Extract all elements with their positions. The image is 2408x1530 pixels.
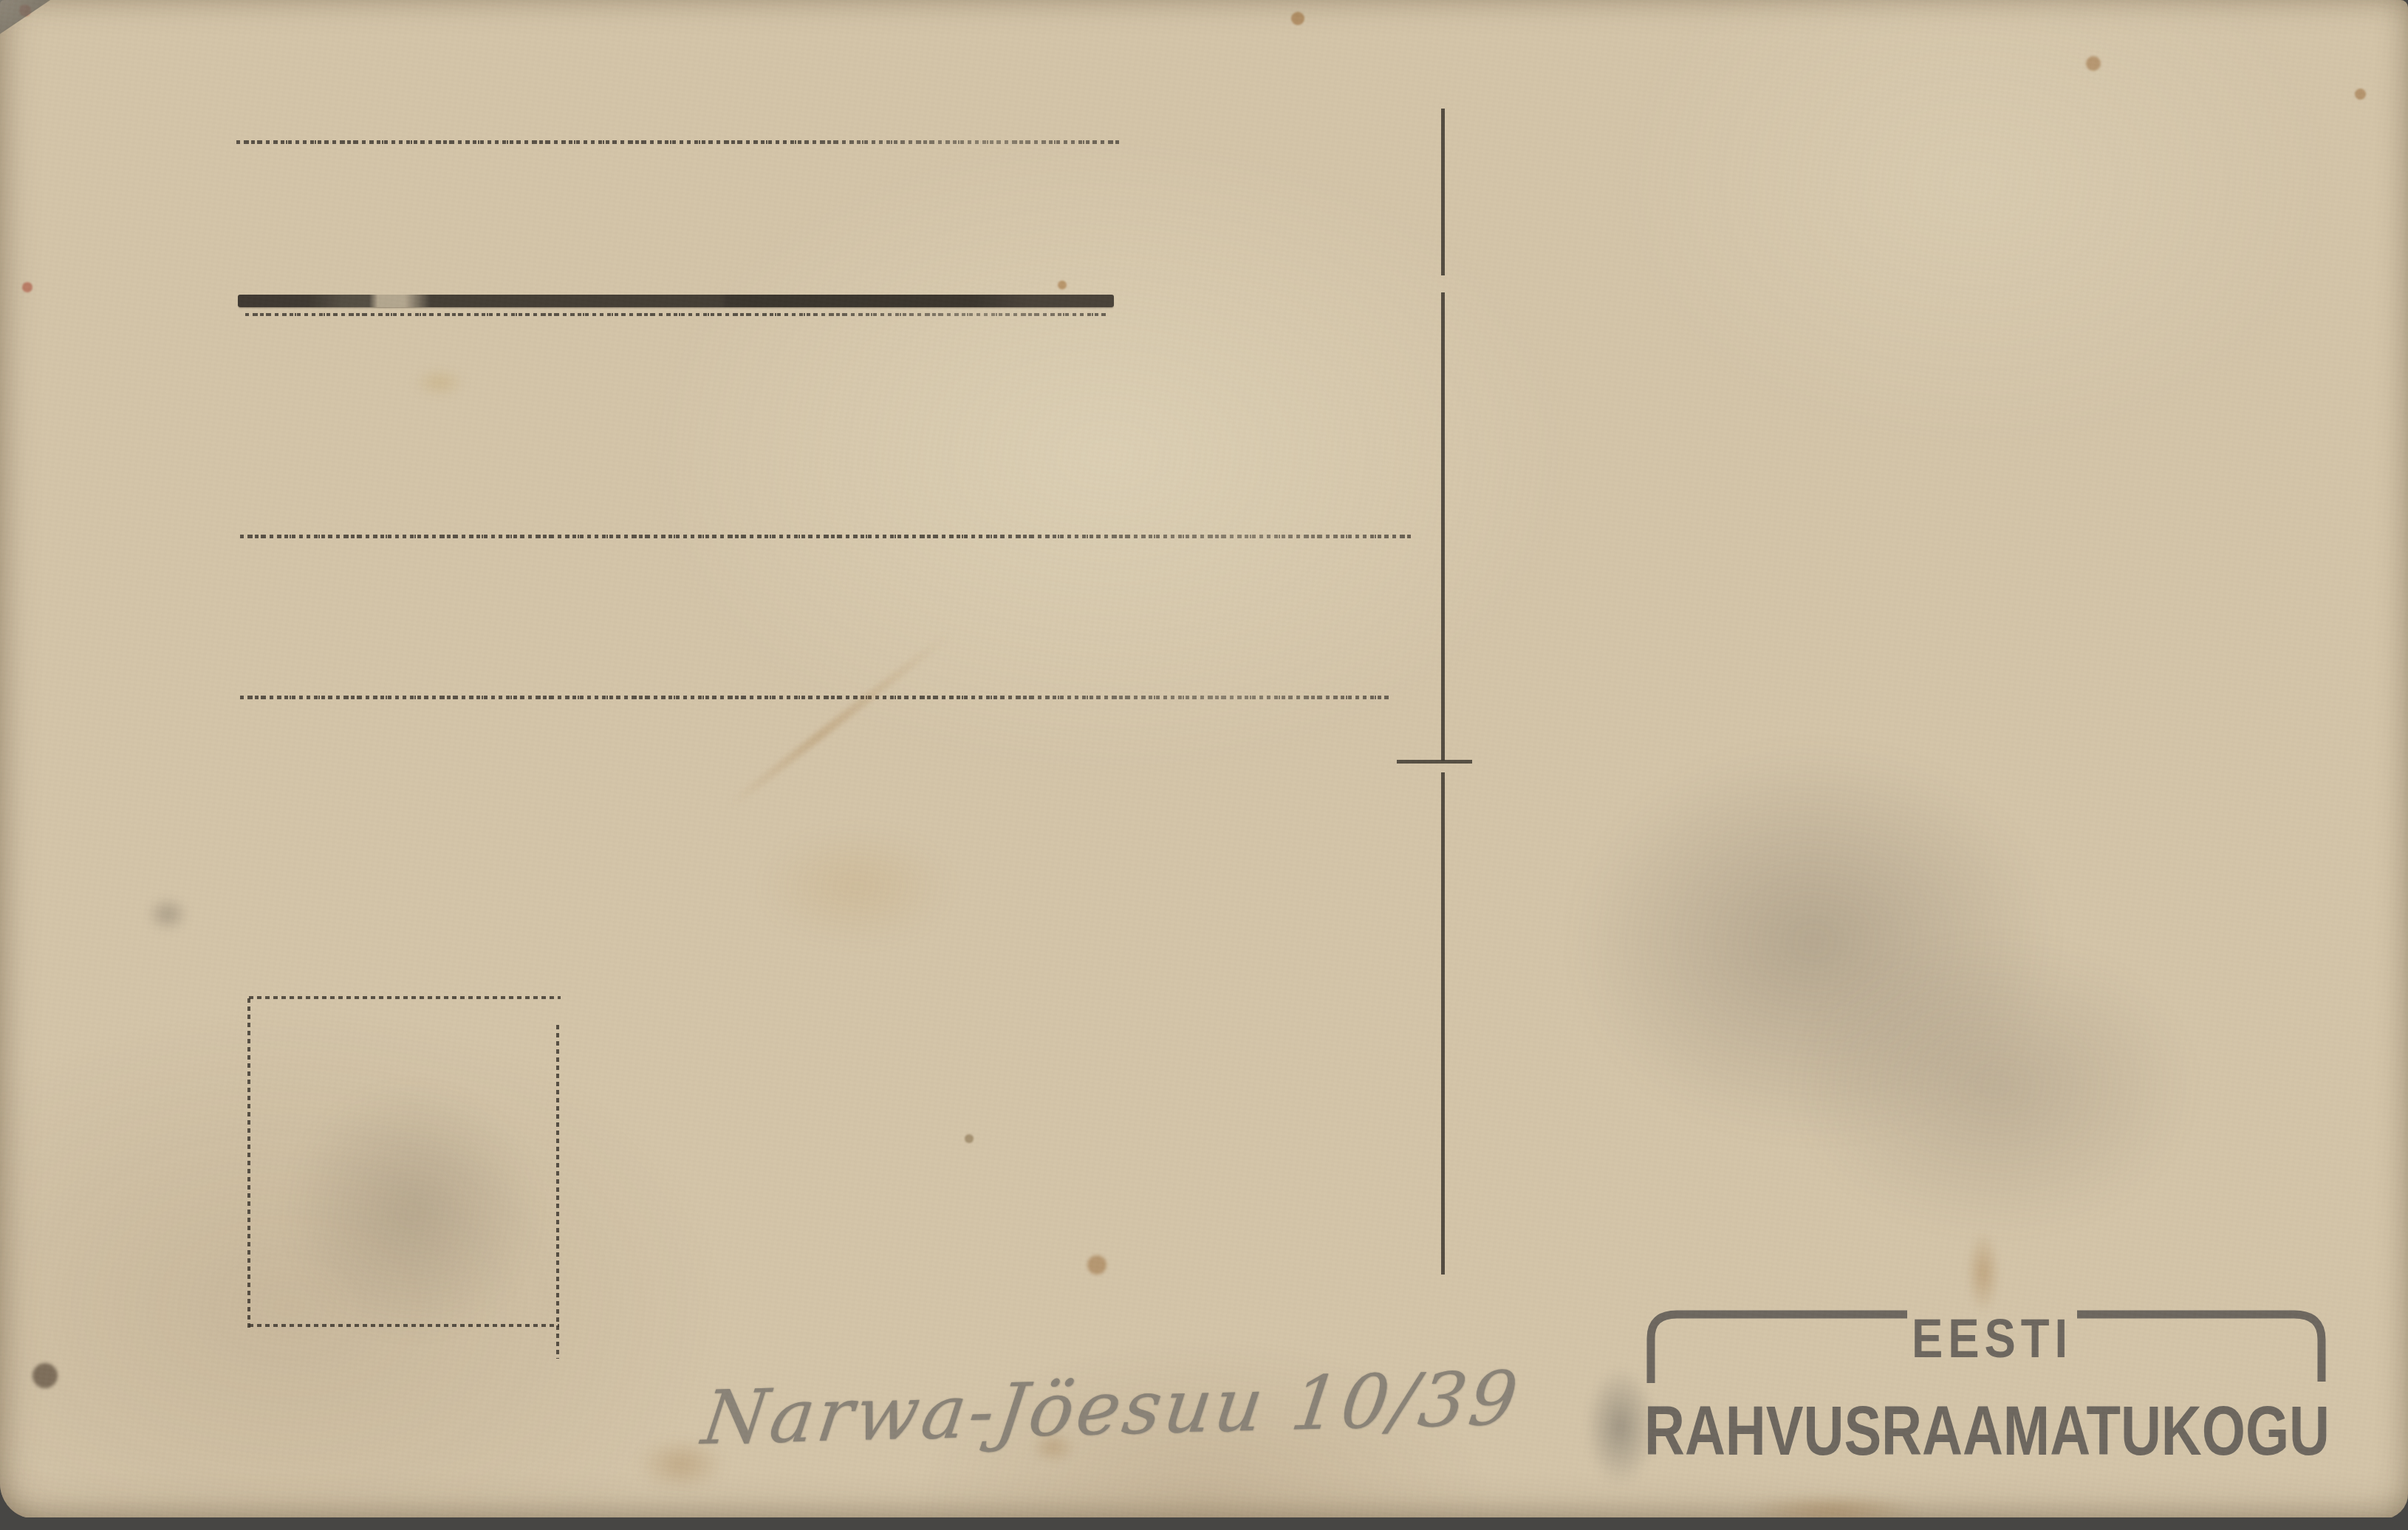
stain-speck — [2086, 56, 2101, 71]
stain-speck — [2355, 89, 2366, 100]
library-stamp-word-bottom: RAHVUSRAAMATUKOGU — [1644, 1392, 2330, 1468]
scanned-postcard-back: EESTI RAHVUSRAAMATUKOGU Narwa-Jöesuu 10/… — [0, 0, 2408, 1530]
library-stamp-word-top: EESTI — [1912, 1308, 2073, 1369]
stain-large-smudge — [1573, 746, 2053, 1137]
address-dotted-line-2 — [240, 535, 1411, 538]
stain-dark-spot — [33, 1363, 58, 1388]
stain-faint-patch — [414, 368, 465, 397]
stain-smudge-secondary — [1795, 938, 2194, 1233]
scanner-background-strip — [0, 1517, 2408, 1530]
handwritten-caption: Narwa-Jöesuu 10/39 — [697, 1353, 1610, 1461]
stain-speck — [1058, 281, 1067, 289]
address-heavy-rule — [238, 295, 1114, 307]
stain-speck — [965, 1134, 974, 1143]
stain-crease-streak — [728, 629, 954, 809]
handwritten-caption-text: Narwa-Jöesuu 10/39 — [697, 1355, 1525, 1461]
address-heavy-rule-underline — [245, 313, 1109, 316]
center-divider-segment-middle — [1441, 292, 1445, 761]
stain-left-edge-smudge — [146, 896, 189, 932]
stamp-box-left-edge — [247, 998, 250, 1328]
stain-speck — [1087, 1255, 1106, 1275]
postcard-paper: EESTI RAHVUSRAAMATUKOGU Narwa-Jöesuu 10/… — [0, 0, 2408, 1519]
stamp-bracket-right — [2077, 1314, 2322, 1382]
center-divider-segment-top — [1441, 109, 1445, 275]
address-dotted-line-3 — [240, 696, 1391, 699]
stamp-box-top-edge — [249, 996, 561, 999]
stain-speck — [1291, 12, 1304, 25]
address-dotted-line-1 — [236, 140, 1119, 144]
stain-inside-stamp-box — [287, 1085, 538, 1337]
library-stamp: EESTI RAHVUSRAAMATUKOGU — [1625, 1283, 2349, 1468]
center-divider-segment-bottom — [1441, 772, 1445, 1275]
stamp-box-right-edge — [556, 1025, 559, 1359]
stamp-box-bottom-edge — [249, 1324, 559, 1327]
stain-red-speck — [22, 282, 33, 292]
stamp-bracket-left — [1651, 1314, 1907, 1383]
stain-faint-patch — [761, 827, 953, 945]
scanner-corner-notch — [0, 0, 59, 37]
divider-tick-mark — [1397, 760, 1472, 764]
